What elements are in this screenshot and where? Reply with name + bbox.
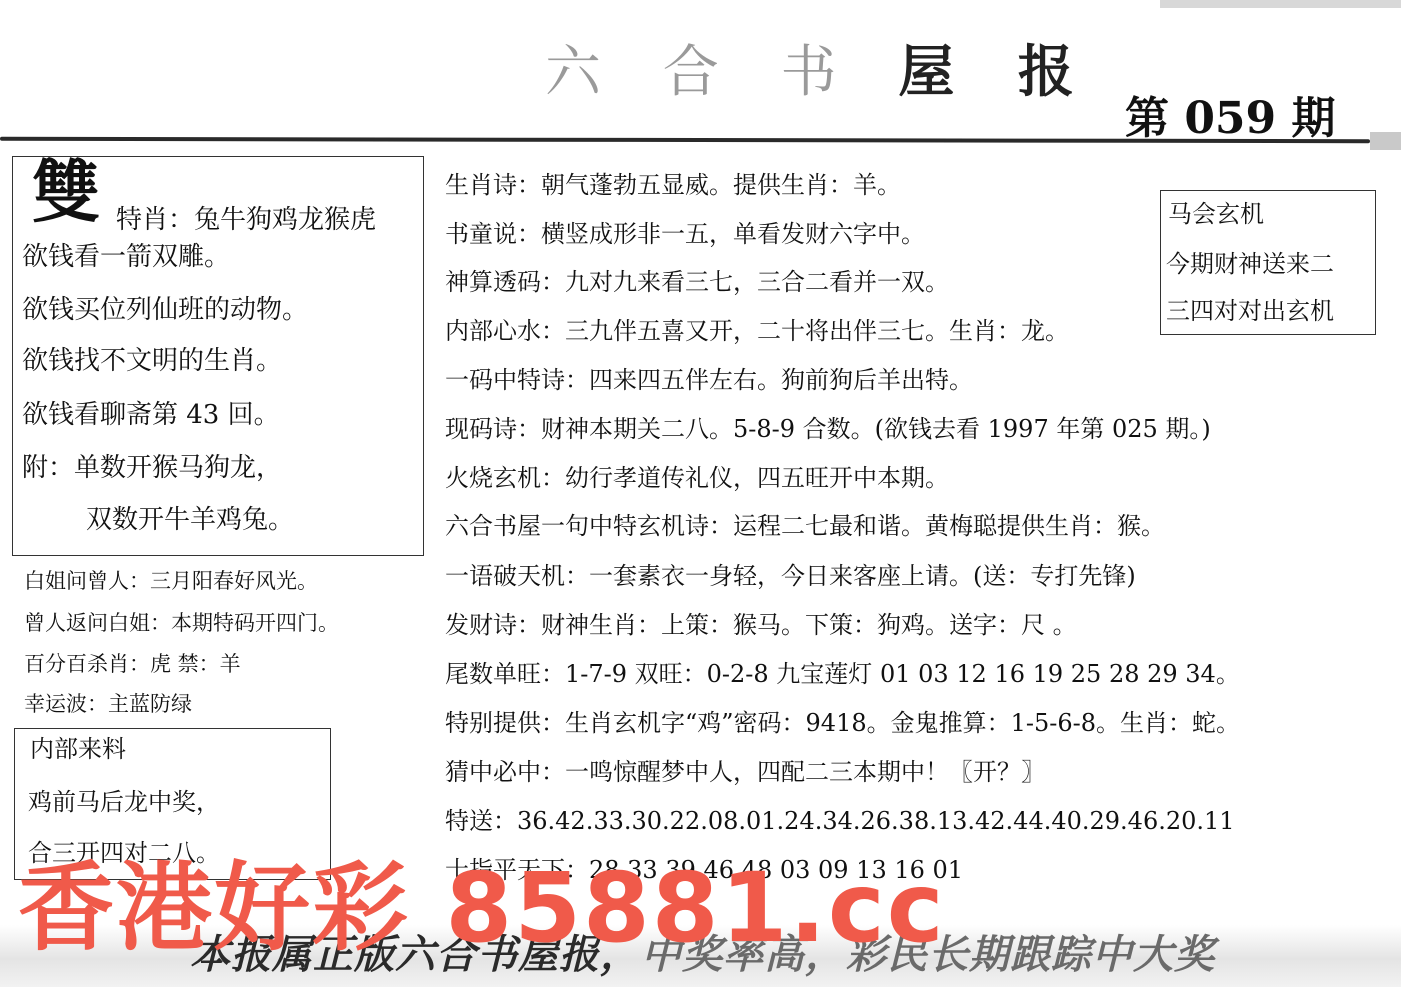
inner-box-line: 鸡前马后龙中奖， [28, 790, 220, 814]
center-line: 特别提供：生肖玄机字“鸡”密码：9418。金鬼推算：1-5-6-8。生肖：蛇。 [445, 711, 1240, 735]
inner-box-title: 内部来料 [30, 737, 126, 761]
right-box-line: 今期财神送来二 [1166, 252, 1334, 276]
main-line: 欲钱看聊斋第 43 回。 [22, 402, 280, 428]
right-box-line: 三四对对出玄机 [1166, 299, 1334, 323]
big-character: 雙 [32, 160, 100, 228]
scan-edge-right [1370, 132, 1401, 150]
note-line: 曾人返问白姐：本期特码开四门。 [24, 613, 339, 634]
center-line: 六合书屋一句中特玄机诗：运程二七最和谐。黄梅聪提供生肖：猴。 [445, 514, 1165, 538]
center-line: 发财诗：财神生肖：上策：猴马。下策：狗鸡。送字：尺 。 [445, 613, 1077, 637]
center-line: 特送：36.42.33.30.22.08.01.24.34.26.38.13.4… [445, 809, 1235, 833]
main-line: 欲钱买位列仙班的动物。 [22, 297, 308, 323]
center-line: 一码中特诗：四来四五伴左右。狗前狗后羊出特。 [445, 368, 973, 392]
note-line: 白姐问曾人：三月阳春好风光。 [24, 571, 318, 592]
center-line: 尾数单旺：1-7-9 双旺：0-2-8 九宝莲灯 01 03 12 16 19 … [445, 662, 1240, 686]
main-line: 特肖：兔牛狗鸡龙猴虎 [116, 207, 376, 233]
main-line: 附：单数开猴马狗龙， [22, 455, 282, 481]
center-line: 书童说：横竖成形非一五，单看发财六字中。 [445, 222, 925, 246]
main-line: 双数开牛羊鸡兔。 [86, 507, 294, 533]
masthead-title: 六 合 书 屋 报 [545, 28, 1096, 108]
main-line: 欲钱看一箭双雕。 [22, 244, 230, 270]
note-line: 百分百杀肖：虎 禁：羊 [24, 654, 241, 675]
center-line: 猜中必中：一鸣惊醒梦中人，四配二三本期中！〖开？〗 [445, 760, 1045, 784]
masthead-title-dark: 屋 报 [898, 40, 1096, 105]
issue-number: 第 059 期 [1125, 82, 1335, 146]
main-line: 欲钱找不文明的生肖。 [22, 348, 282, 374]
note-line: 幸运波：主蓝防绿 [24, 694, 192, 715]
right-box-line: 马会玄机 [1168, 202, 1264, 226]
watermark: 香港好彩 85881.cc [18, 860, 946, 956]
center-line: 火烧玄机：幼行孝道传礼仪，四五旺开中本期。 [445, 466, 949, 490]
scan-edge [1160, 0, 1401, 8]
center-line: 一语破天机：一套素衣一身轻，今日来客座上请。(送：专打先锋) [445, 564, 1136, 588]
masthead-title-light: 六 合 书 [545, 40, 898, 105]
center-line: 现码诗：财神本期关二八。5-8-9 合数。(欲钱去看 1997 年第 025 期… [445, 417, 1211, 441]
center-line: 生肖诗：朝气蓬勃五显威。提供生肖：羊。 [445, 173, 901, 197]
center-line: 内部心水：三九伴五喜又开，二十将出伴三七。生肖：龙。 [445, 319, 1069, 343]
center-line: 神算透码：九对九来看三七，三合二看并一双。 [445, 270, 949, 294]
